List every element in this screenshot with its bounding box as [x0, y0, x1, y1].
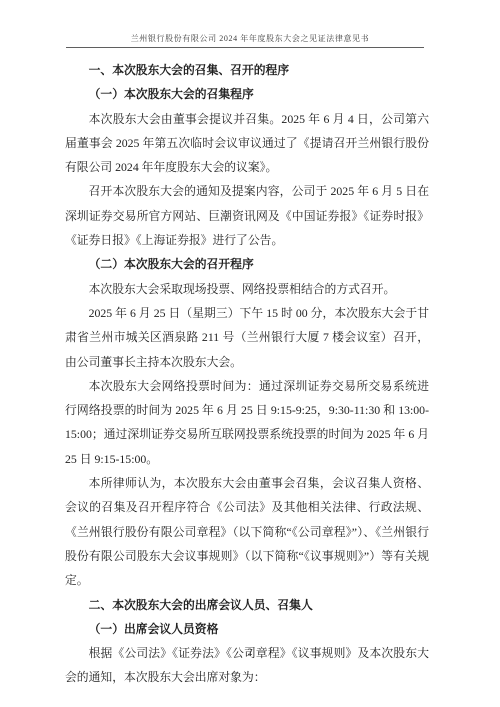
document-body: 一、本次股东大会的召集、召开的程序 （一）本次股东大会的召集程序 本次股东大会由… — [65, 58, 429, 690]
paragraph: 本次股东大会采取现场投票、网络投票相结合的方式召开。 — [65, 277, 429, 301]
subsection-heading: （一）本次股东大会的召集程序 — [65, 82, 429, 106]
section-heading: 二、本次股东大会的出席会议人员、召集人 — [65, 593, 429, 617]
page-number: 2 — [0, 648, 500, 658]
paragraph: 本次股东大会网络投票时间为：通过深圳证券交易所交易系统进行网络投票的时间为 20… — [65, 374, 429, 471]
section-heading: 一、本次股东大会的召集、召开的程序 — [65, 58, 429, 82]
paragraph: 本所律师认为，本次股东大会由董事会召集，会议召集人资格、会议的召集及召开程序符合… — [65, 471, 429, 592]
paragraph: 本次股东大会由董事会提议并召集。2025 年 6 月 4 日，公司第六届董事会 … — [65, 107, 429, 180]
subsection-heading: （二）本次股东大会的召开程序 — [65, 252, 429, 276]
running-header: 兰州银行股份有限公司 2024 年年度股东大会之见证法律意见书 — [0, 33, 500, 44]
header-divider — [66, 47, 424, 48]
document-page: 兰州银行股份有限公司 2024 年年度股东大会之见证法律意见书 一、本次股东大会… — [0, 0, 500, 707]
paragraph: 2025 年 6 月 25 日（星期三）下午 15 时 00 分，本次股东大会于… — [65, 301, 429, 374]
paragraph: 召开本次股东大会的通知及提案内容，公司于 2025 年 6 月 5 日在深圳证券… — [65, 179, 429, 252]
subsection-heading: （一）出席会议人员资格 — [65, 617, 429, 641]
